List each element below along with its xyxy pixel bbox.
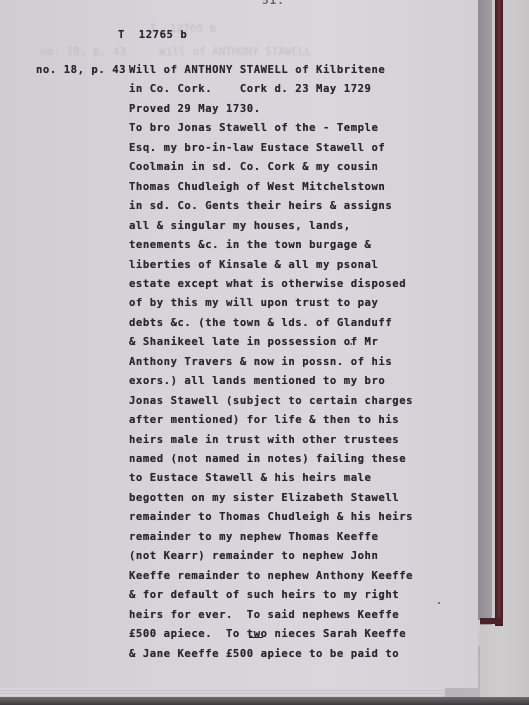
underline-mark — [249, 637, 263, 638]
text-line: all & singular my houses, lands, — [129, 219, 351, 233]
text-line: Anthony Travers & now in possn. of his — [129, 355, 392, 369]
text-line: tenements &c. in the town burgage & — [129, 238, 371, 252]
text-line: in Co. Cork. Cork d. 23 May 1729 — [129, 82, 371, 96]
page-stack-edge — [477, 0, 492, 625]
bottom-shadow — [0, 697, 529, 705]
text-line: & Shanikeel late in possession of Mr — [129, 335, 378, 349]
text-line: Jonas Stawell (subject to certain charge… — [129, 394, 413, 408]
text-line: named (not named in notes) failing these — [129, 452, 406, 466]
text-line: Coolmain in sd. Co. Cork & my cousin — [129, 160, 378, 174]
entry-reference: no. 18, p. 43 — [36, 63, 126, 77]
text-line: heirs for ever. To said nephews Keeffe — [129, 608, 399, 622]
typewritten-page: 51. T 12765 b no. 18, p. 43 Will of ANTH… — [0, 0, 478, 688]
text-line: begotten on my sister Elizabeth Stawell — [129, 491, 399, 505]
text-line: in sd. Co. Gents their heirs & assigns — [129, 199, 392, 213]
text-line: & for default of such heirs to my right — [129, 588, 399, 602]
text-line: £500 apiece. To two nieces Sarah Keeffe — [129, 627, 406, 641]
text-line: Esq. my bro-in-law Eustace Stawell of — [129, 141, 385, 155]
text-line: liberties of Kinsale & all my psonal — [129, 258, 378, 272]
text-line: remainder to Thomas Chudleigh & his heir… — [129, 510, 413, 524]
text-line: debts &c. (the town & lds. of Glanduff — [129, 316, 392, 330]
text-line: & Jane Keeffe £500 apiece to be paid to — [129, 647, 399, 661]
text-line: Will of ANTHONY STAWELL of Kilbritene — [129, 63, 385, 77]
text-line: exors.) all lands mentioned to my bro — [129, 374, 385, 388]
text-line: heirs male in trust with other trustees — [129, 433, 399, 447]
text-line: of by this my will upon trust to pay — [129, 296, 378, 310]
page-number: 51. — [262, 0, 285, 7]
catalogue-reference: T 12765 b — [118, 28, 187, 42]
page-stack-bottom — [0, 688, 445, 697]
text-line: remainder to my nephew Thomas Keeffe — [129, 530, 378, 544]
text-line: to Eustace Stawell & his heirs male — [129, 471, 371, 485]
paper-speck — [350, 343, 352, 345]
text-line: Proved 29 May 1730. — [129, 102, 261, 116]
bleed-through-text: no. 18, p. 43 Will of ANTHONY STAWELL — [40, 45, 312, 58]
text-line: To bro Jonas Stawell of the - Temple — [129, 121, 378, 135]
text-line: after mentioned) for life & then to his — [129, 413, 399, 427]
paper-speck — [438, 602, 440, 604]
binder-spine-strip — [495, 0, 503, 626]
text-line: Keeffe remainder to nephew Anthony Keeff… — [129, 569, 413, 583]
text-line: Thomas Chudleigh of West Mitchelstown — [129, 180, 385, 194]
text-line: (not Kearr) remainder to nephew John — [129, 549, 378, 563]
text-line: estate except what is otherwise disposed — [129, 277, 406, 291]
binder-spine-foot — [480, 618, 503, 624]
